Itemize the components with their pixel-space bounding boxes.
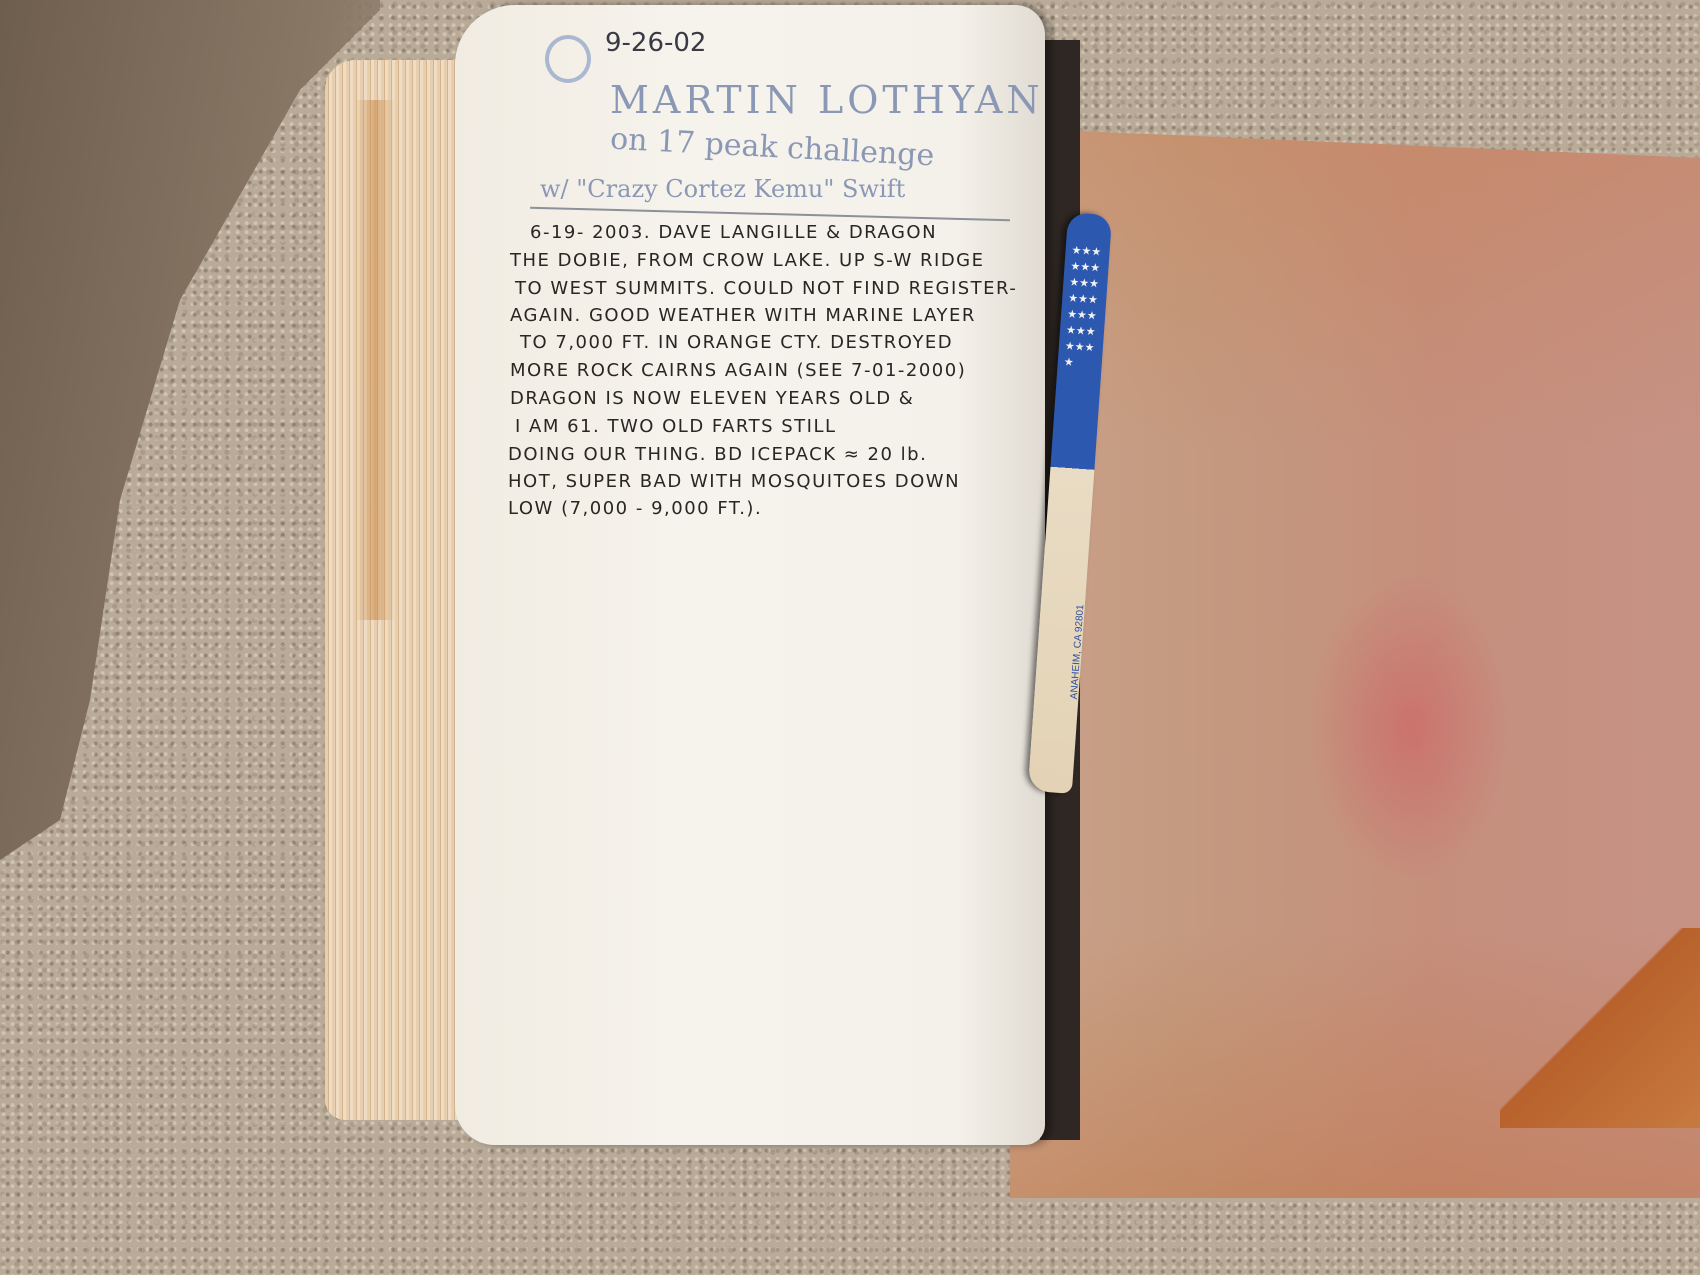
entry-1-line3: w/ "Crazy Cortez Kemu" Swift (540, 175, 905, 203)
entry-2-line: I AM 61. TWO OLD FARTS STILL (515, 416, 837, 437)
entry-2-line: DRAGON IS NOW ELEVEN YEARS OLD & (510, 388, 914, 409)
rock-shadow (0, 0, 380, 1275)
entry-2-line: MORE ROCK CAIRNS AGAIN (SEE 7-01-2000) (510, 360, 966, 381)
entry-2-line: LOW (7,000 - 9,000 FT.). (508, 498, 762, 519)
entry-2-line: AGAIN. GOOD WEATHER WITH MARINE LAYER (510, 305, 976, 326)
star-pattern-icon: ★★★★★★★★★★★★★★★★★★★★★★ (1058, 243, 1105, 455)
entry-2-line: TO WEST SUMMITS. COULD NOT FIND REGISTER… (515, 278, 1017, 299)
entry-1-date: 9-26-02 (605, 28, 706, 58)
entry-2-line: THE DOBIE, FROM CROW LAKE. UP S-W RIDGE (510, 250, 985, 271)
ink-stamp-circle (545, 35, 591, 83)
rust-stain (1500, 928, 1700, 1128)
entry-2-line: TO 7,000 FT. IN ORANGE CTY. DESTROYED (520, 332, 953, 353)
notebook-back-cover (1010, 128, 1700, 1198)
entry-1-name: MARTIN LOTHYAN (610, 78, 1044, 122)
entry-2-line: DOING OUR THING. BD ICEPACK ≈ 20 lb. (508, 444, 927, 465)
entry-2-line: 6-19- 2003. DAVE LANGILLE & DRAGON (530, 222, 937, 243)
entry-2-line: HOT, SUPER BAD WITH MOSQUITOES DOWN (508, 471, 960, 492)
